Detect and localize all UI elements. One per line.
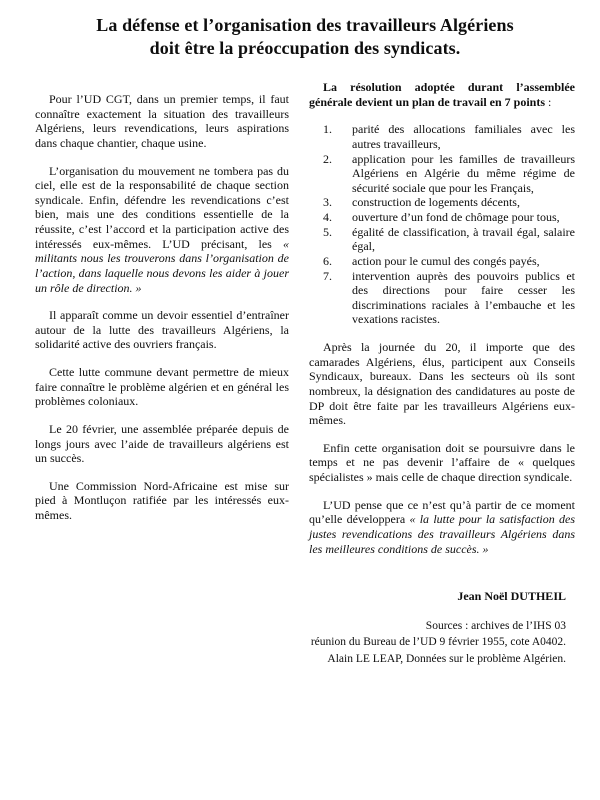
- sources-line: Sources : archives de l’IHS 03: [309, 618, 566, 635]
- list-item-number: 3.: [323, 195, 352, 210]
- list-item: 4. ouverture d’un fond de chômage pour t…: [309, 210, 575, 225]
- sources-line: réunion du Bureau de l’UD 9 février 1955…: [309, 634, 566, 651]
- sources-line: Alain LE LEAP, Données sur le problème A…: [309, 651, 566, 668]
- paragraph-enfin-organisation: Enfin cette organisation doit se poursui…: [309, 441, 575, 485]
- list-item: 7. intervention auprès des pouvoirs publ…: [309, 269, 575, 328]
- list-item-number: 2.: [323, 152, 352, 196]
- sources-block: Sources : archives de l’IHS 03 réunion d…: [309, 618, 566, 668]
- two-column-body: Pour l’UD CGT, dans un premier temps, il…: [35, 80, 575, 668]
- list-item-number: 5.: [323, 225, 352, 254]
- paragraph-commission-nord-africaine: Une Commission Nord-Africaine est mise s…: [35, 479, 289, 523]
- list-item-text: parité des allocations familiales avec l…: [352, 122, 575, 151]
- list-item-text: ouverture d’un fond de chômage pour tous…: [352, 210, 575, 225]
- list-item-number: 1.: [323, 122, 352, 151]
- paragraph-pour-ud-cgt: Pour l’UD CGT, dans un premier temps, il…: [35, 92, 289, 151]
- paragraph-ud-pense: L’UD pense que ce n’est qu’à partir de c…: [309, 498, 575, 557]
- paragraph-20-fevrier: Le 20 février, une assemblée préparée de…: [35, 422, 289, 466]
- paragraph-organisation-text: L’organisation du mouvement ne tombera p…: [35, 164, 289, 251]
- list-item-number: 4.: [323, 210, 352, 225]
- document-page: La défense et l’organisation des travail…: [0, 0, 600, 800]
- list-item-number: 7.: [323, 269, 352, 328]
- paragraph-devoir-essentiel: Il apparaît comme un devoir essentiel d’…: [35, 308, 289, 352]
- list-item: 3. construction de logements décents,: [309, 195, 575, 210]
- paragraph-resolution-intro: La résolution adoptée durant l’assemblée…: [309, 80, 575, 109]
- paragraph-lutte-commune: Cette lutte commune devant permettre de …: [35, 365, 289, 409]
- list-item-text: intervention auprès des pouvoirs publics…: [352, 269, 575, 328]
- list-item-text: application pour les familles de travail…: [352, 152, 575, 196]
- paragraph-organisation: L’organisation du mouvement ne tombera p…: [35, 164, 289, 296]
- right-column: La résolution adoptée durant l’assemblée…: [309, 80, 575, 668]
- document-title: La défense et l’organisation des travail…: [35, 14, 575, 59]
- resolution-points-list: 1. parité des allocations familiales ave…: [309, 122, 575, 327]
- left-column: Pour l’UD CGT, dans un premier temps, il…: [35, 80, 289, 668]
- list-item: 5. égalité de classification, à travail …: [309, 225, 575, 254]
- paragraph-apres-journee: Après la journée du 20, il importe que d…: [309, 340, 575, 428]
- title-line-2: doit être la préoccupation des syndicats…: [35, 37, 575, 60]
- author-signature: Jean Noël DUTHEIL: [309, 589, 566, 604]
- list-item-text: construction de logements décents,: [352, 195, 575, 210]
- list-item-text: action pour le cumul des congés payés,: [352, 254, 575, 269]
- title-line-1: La défense et l’organisation des travail…: [35, 14, 575, 37]
- list-item-text: égalité de classification, à travail éga…: [352, 225, 575, 254]
- list-item-number: 6.: [323, 254, 352, 269]
- list-item: 1. parité des allocations familiales ave…: [309, 122, 575, 151]
- resolution-intro-bold: La résolution adoptée durant l’assemblée…: [309, 80, 575, 109]
- document-footer: Jean Noël DUTHEIL Sources : archives de …: [309, 589, 575, 668]
- list-item: 6. action pour le cumul des congés payés…: [309, 254, 575, 269]
- list-item: 2. application pour les familles de trav…: [309, 152, 575, 196]
- resolution-intro-colon: :: [545, 95, 551, 109]
